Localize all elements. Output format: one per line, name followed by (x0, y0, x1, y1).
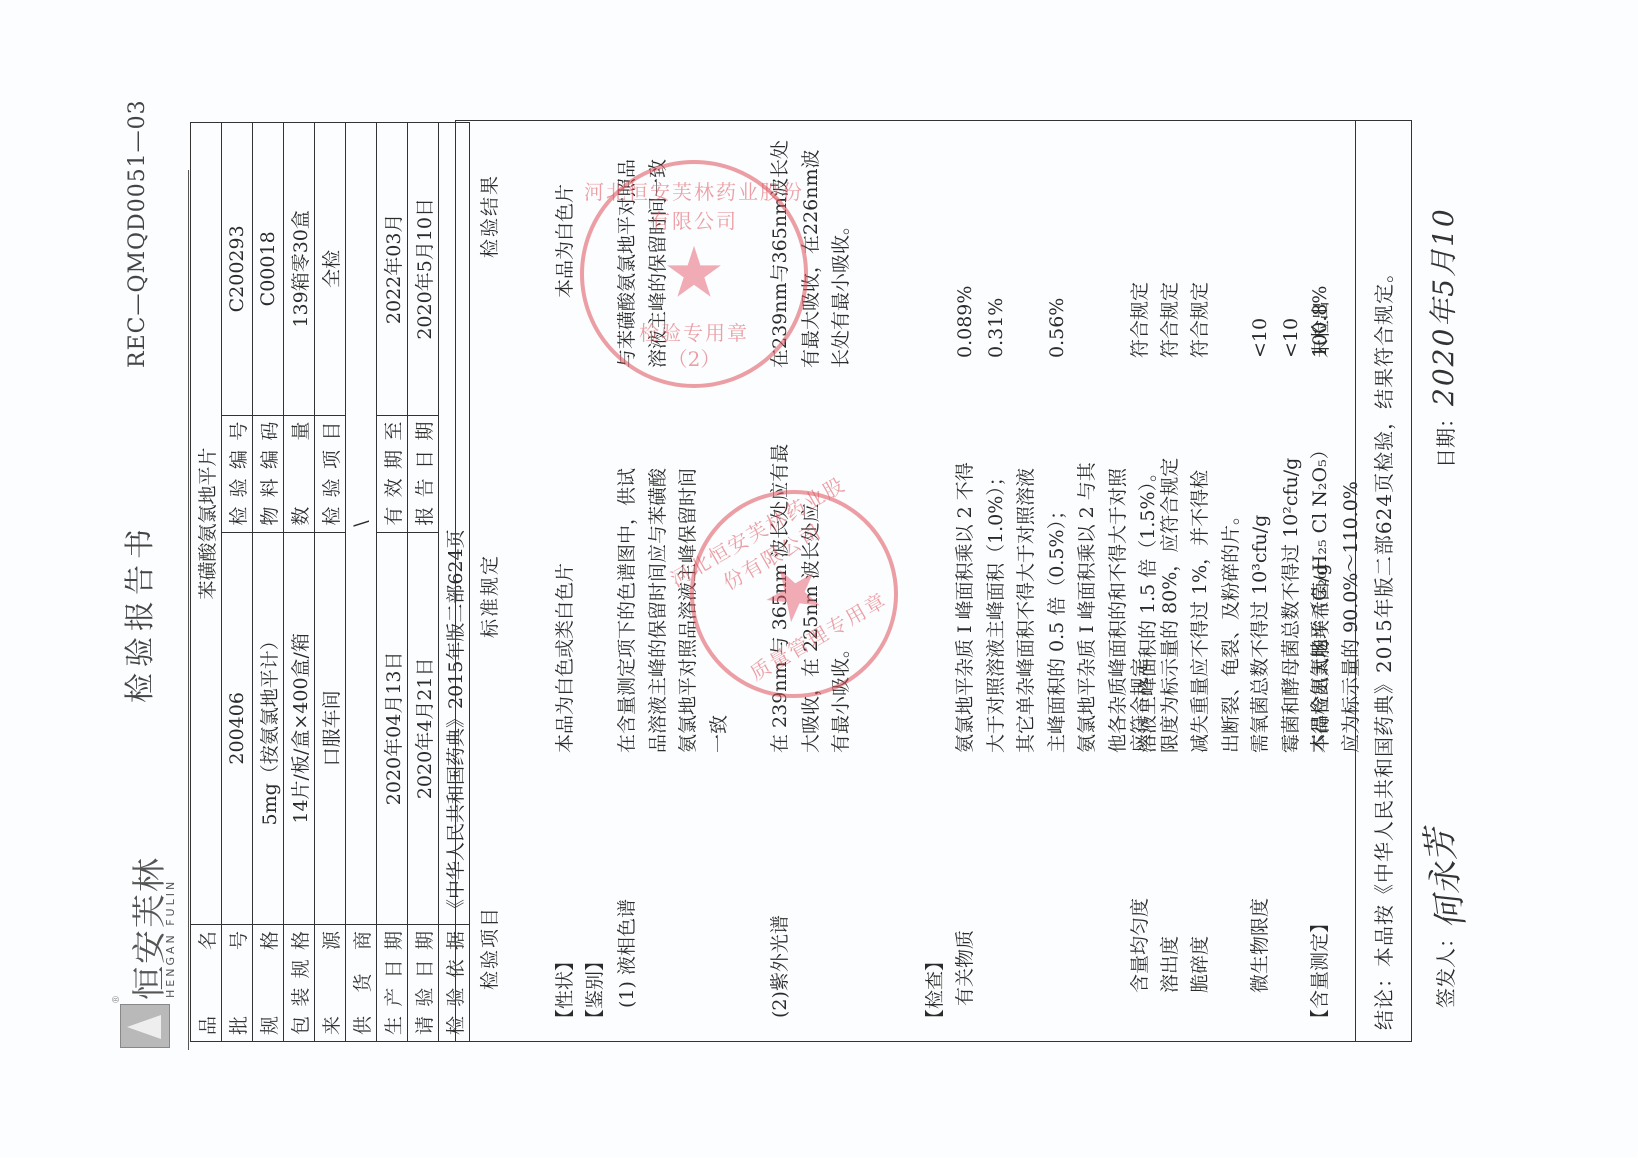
row-item-label: 【性状】 (550, 952, 580, 1028)
info-row: 供 货 商 \ (346, 123, 377, 1042)
label-material-code: 物料编码 (253, 415, 284, 532)
label-package: 包装规格 (284, 925, 315, 1042)
label-test-items: 检验项目 (315, 415, 346, 532)
row-item-label: (1) 液相色谱 (612, 899, 642, 1008)
label-production-date: 生产日期 (377, 925, 408, 1042)
row-result-line: 本品为白色片 (550, 184, 581, 298)
row-item-label: 【含量测定】 (1305, 914, 1335, 1028)
info-row: 品 名 苯磺酸氨氯地平片 (191, 123, 222, 1042)
column-header-standard: 标准规定 (475, 554, 502, 638)
label-batch-no: 批 号 (222, 925, 253, 1042)
row-standard-line: 霉菌和酵母菌总数不得过 10²cfu/g (1276, 458, 1307, 753)
signer-label: 签发人： (1430, 928, 1459, 1008)
label-expiry: 有效期至 (377, 415, 408, 532)
row-item-label: 微生物限度 (1245, 898, 1275, 993)
info-row: 规 格 5mg（按氨氯地平计） 物料编码 C00018 (253, 123, 284, 1042)
row-standard-line: 在含量测定项下的色谱图中，供试 (612, 468, 643, 753)
value-package: 14片/板/盒×400盒/箱 (284, 532, 315, 924)
row-standard-line: 主峰面积的 0.5 倍（0.5%）； (1042, 501, 1073, 753)
inspection-stamp: 河北恒安芙林药业股份有限公司 ★ 检验专用章 （2） (580, 160, 808, 388)
label-supplier: 供 货 商 (346, 925, 377, 1042)
row-standard-line: 品溶液主峰的保留时间应与苯磺酸 (643, 468, 674, 753)
info-row: 生产日期 2020年04月13日 有效期至 2022年03月 (377, 123, 408, 1042)
label-spec: 规 格 (253, 925, 284, 1042)
row-result-line: 符合规定 (1155, 282, 1186, 358)
info-row: 包装规格 14片/板/盒×400盒/箱 数 量 139箱零30盒 (284, 123, 315, 1042)
info-table: 品 名 苯磺酸氨氯地平片 批 号 200406 检验编号 C200293 规 格… (190, 122, 470, 1042)
info-row: 请验日期 2020年4月21日 报告日期 2020年5月10日 (408, 123, 439, 1042)
row-item-label: 有关物质 (950, 930, 980, 1006)
value-expiry: 2022年03月 (377, 123, 408, 416)
column-header-result: 检验结果 (475, 174, 502, 258)
row-item-label: 【检查】 (920, 952, 950, 1028)
row-result-line: 符合规定 (1185, 282, 1216, 358)
row-item-label: (2)紫外光谱 (765, 915, 795, 1018)
label-report-date: 报告日期 (408, 415, 439, 532)
stamp-ring-text: 河北恒安芙林药业股份有限公司 (584, 176, 804, 234)
registered-mark: ® (112, 995, 122, 1004)
row-item-label: 含量均匀度 (1125, 898, 1155, 993)
row-result-line: 符合规定 (1125, 282, 1156, 358)
info-row: 来 源 口服车间 检验项目 全检 (315, 123, 346, 1042)
value-test-items: 全检 (315, 123, 346, 416)
test-report-page: ® 恒安芙林 HENGAN FULIN 检验报告书 REC—QMQD0051—0… (0, 0, 1638, 1158)
row-standard-line: 其它单杂峰面积不得大于对照溶液 (1011, 468, 1042, 753)
value-request-date: 2020年4月21日 (408, 532, 439, 924)
row-result-line: 0.31% (981, 298, 1012, 358)
date-label: 日期： (1430, 408, 1459, 468)
value-spec: 5mg（按氨氯地平计） (253, 532, 284, 924)
value-quantity: 139箱零30盒 (284, 123, 315, 416)
label-quantity: 数 量 (284, 415, 315, 532)
row-standard-line: 需氧菌总数不得过 10³cfu/g (1245, 515, 1276, 753)
value-report-date: 2020年5月10日 (408, 123, 439, 416)
stamp-bottom-text: 检验专用章 (584, 317, 804, 346)
header-divider (188, 170, 189, 1050)
star-icon: ★ (663, 238, 726, 308)
value-production-date: 2020年04月13日 (377, 532, 408, 924)
value-source: 口服车间 (315, 532, 346, 924)
row-standard-line: 减失重量应不得过 1%，并不得检 (1185, 470, 1216, 753)
column-header-item: 检验项目 (475, 906, 502, 990)
document-code: REC—QMQD0051—03 (125, 99, 150, 368)
label-test-no: 检验编号 (222, 415, 253, 532)
label-request-date: 请验日期 (408, 925, 439, 1042)
date-handwritten: 2020年5月10 (1422, 207, 1462, 406)
row-standard-line: 氨氯地平杂质 I 峰面积乘以 2 不得 (950, 462, 981, 753)
row-item-label: 【鉴别】 (580, 952, 610, 1028)
stamp-number: （2） (584, 343, 804, 372)
row-standard-line: 氨氯地平杂质 I 峰面积乘以 2 与其 (1072, 462, 1103, 753)
value-batch-no: 200406 (222, 532, 253, 924)
row-standard-line: 应符合规定 (1125, 658, 1156, 753)
label-product-name: 品 名 (191, 925, 222, 1042)
brand-name-en: HENGAN FULIN (164, 879, 177, 998)
row-result-line: <10 (1276, 318, 1307, 358)
row-result-line: 0.089% (950, 286, 981, 358)
company-logo-icon (120, 1004, 170, 1048)
row-result-line: 0.56% (1042, 298, 1073, 358)
info-row: 批 号 200406 检验编号 C200293 (222, 123, 253, 1042)
row-item-label: 溶出度 (1155, 936, 1185, 993)
row-result-line: <10 (1245, 318, 1276, 358)
value-product-name: 苯磺酸氨氯地平片 (191, 123, 222, 925)
row-result-line: 长处有最小吸收。 (826, 216, 857, 368)
row-standard-line: 本品含氨氯地平（C₂₀H₂₅ Cl N₂O₅） (1305, 440, 1336, 753)
document-title: 检验报告书 (115, 523, 159, 703)
row-standard-line: 限度为标示量的 80%，应符合规定 (1155, 458, 1186, 753)
row-standard-line: 本品为白色或类白色片 (550, 563, 581, 753)
row-standard-line: 大于对照溶液主峰面积（1.0%）； (981, 467, 1012, 753)
row-standard-line: 一致 (704, 715, 735, 753)
value-material-code: C00018 (253, 123, 284, 416)
row-standard-line: 出断裂、龟裂、及粉碎的片。 (1216, 506, 1247, 753)
conclusion-text: 结论：本品按《中华人民共和国药典》2015年版二部624页检验，结果符合规定。 (1368, 262, 1397, 1030)
row-item-label: 脆碎度 (1185, 936, 1215, 993)
value-test-no: C200293 (222, 123, 253, 416)
row-result-line: 100.8% (1305, 286, 1336, 358)
signer-signature: 何永芳 (1411, 825, 1474, 933)
label-source: 来 源 (315, 925, 346, 1042)
value-supplier: \ (346, 123, 377, 925)
